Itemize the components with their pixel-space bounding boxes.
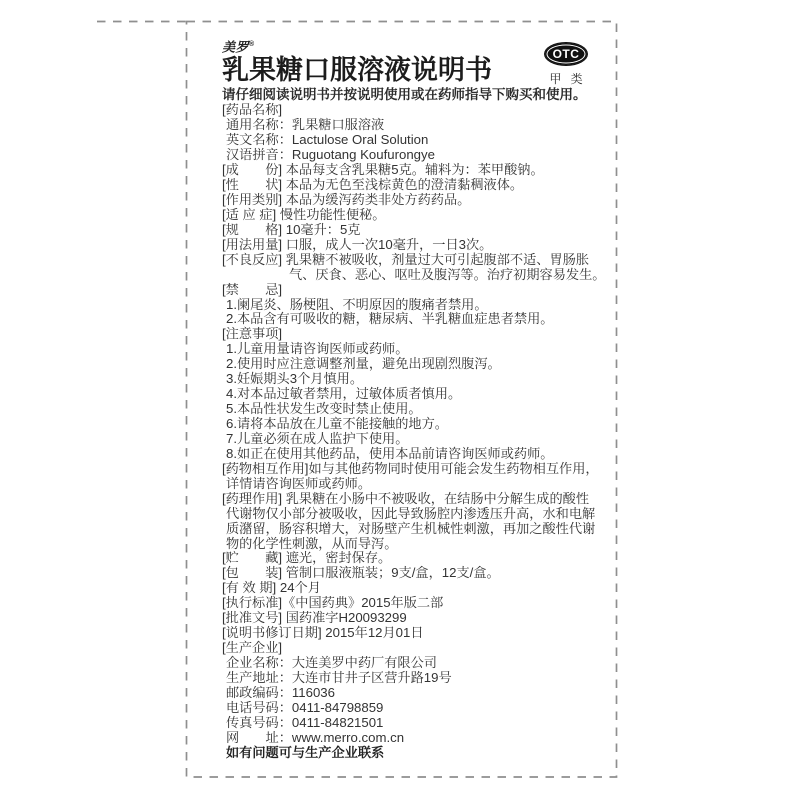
text-line: [药物相互作用]如与其他药物同时使用可能会发生药物相互作用， xyxy=(222,462,606,477)
text-line: [不良反应] 乳果糖不被吸收，剂量过大可引起腹部不适、胃肠胀 xyxy=(222,253,606,268)
text-line: 气、厌食、恶心、呕吐及腹泻等。治疗初期容易发生。 xyxy=(289,268,606,283)
text-line: [性 状] 本品为无色至浅棕黄色的澄清黏稠液体。 xyxy=(222,178,606,193)
text-line: 英文名称：Lactulose Oral Solution xyxy=(226,133,606,148)
text-line: 7.儿童必须在成人监护下使用。 xyxy=(226,432,606,447)
text-line: [生产企业] xyxy=(222,641,606,656)
text-line: [用法用量] 口服，成人一次10毫升，一日3次。 xyxy=(222,238,606,253)
otc-badge: OTC xyxy=(544,42,588,66)
text-line: 通用名称：乳果糖口服溶液 xyxy=(226,118,606,133)
footer-note: 如有问题可与生产企业联系 xyxy=(226,746,606,761)
usage-notice: 请仔细阅读说明书并按说明使用或在药师指导下购买和使用。 xyxy=(222,87,606,102)
text-line: 3.妊娠期头3个月慎用。 xyxy=(226,372,606,387)
text-line: [说明书修订日期] 2015年12月01日 xyxy=(222,626,606,641)
text-line: [成 份] 本品每支含乳果糖5克。辅料为：苯甲酸钠。 xyxy=(222,163,606,178)
brand-name: 美罗 xyxy=(222,39,249,54)
text-line: 5.本品性状发生改变时禁止使用。 xyxy=(226,402,606,417)
otc-area: OTC 甲 类 xyxy=(543,42,589,87)
text-line: 代谢物仅小部分被吸收，因此导致肠腔内渗透压升高，水和电解 xyxy=(226,507,606,522)
leaflet-page: 美罗® 乳果糖口服溶液说明书 请仔细阅读说明书并按说明使用或在药师指导下购买和使… xyxy=(0,0,800,800)
text-line: 质潴留，肠容积增大，对肠壁产生机械性刺激，再加之酸性代谢 xyxy=(226,522,606,537)
leaflet-content: 美罗® 乳果糖口服溶液说明书 请仔细阅读说明书并按说明使用或在药师指导下购买和使… xyxy=(222,38,606,761)
text-line: 电话号码：0411-84798859 xyxy=(226,701,606,716)
text-line: 邮政编码：116036 xyxy=(226,686,606,701)
text-line: [包 装] 管制口服液瓶装；9支/盒，12支/盒。 xyxy=(222,566,606,581)
text-line: 企业名称：大连美罗中药厂有限公司 xyxy=(226,656,606,671)
text-line: 传真号码：0411-84821501 xyxy=(226,716,606,731)
text-line: [批准文号] 国药准字H20093299 xyxy=(222,611,606,626)
text-line: [执行标准]《中国药典》2015年版二部 xyxy=(222,596,606,611)
text-line: 网 址：www.merro.com.cn xyxy=(226,731,606,746)
text-line: 6.请将本品放在儿童不能接触的地方。 xyxy=(226,417,606,432)
text-line: [药理作用] 乳果糖在小肠中不被吸收，在结肠中分解生成的酸性 xyxy=(222,492,606,507)
text-line: 2.使用时应注意调整剂量，避免出现剧烈腹泻。 xyxy=(226,357,606,372)
text-line: 4.对本品过敏者禁用，过敏体质者慎用。 xyxy=(226,387,606,402)
text-line: [规 格] 10毫升：5克 xyxy=(222,223,606,238)
leaflet-body: [药品名称]通用名称：乳果糖口服溶液英文名称：Lactulose Oral So… xyxy=(222,103,606,760)
text-line: 8.如正在使用其他药品，使用本品前请咨询医师或药师。 xyxy=(226,447,606,462)
text-line: [禁 忌] xyxy=(222,283,606,298)
text-line: [作用类别] 本品为缓泻药类非处方药药品。 xyxy=(222,193,606,208)
text-line: 2.本品含有可吸收的糖，糖尿病、半乳糖血症患者禁用。 xyxy=(226,312,606,327)
otc-class-label: 甲 类 xyxy=(546,70,589,87)
text-line: [适 应 症] 慢性功能性便秘。 xyxy=(222,208,606,223)
text-line: 汉语拼音：Ruguotang Koufurongye xyxy=(226,148,606,163)
registered-trademark-icon: ® xyxy=(249,41,255,48)
text-line: 详情请咨询医师或药师。 xyxy=(226,477,606,492)
text-line: 生产地址：大连市甘井子区营升路19号 xyxy=(226,671,606,686)
